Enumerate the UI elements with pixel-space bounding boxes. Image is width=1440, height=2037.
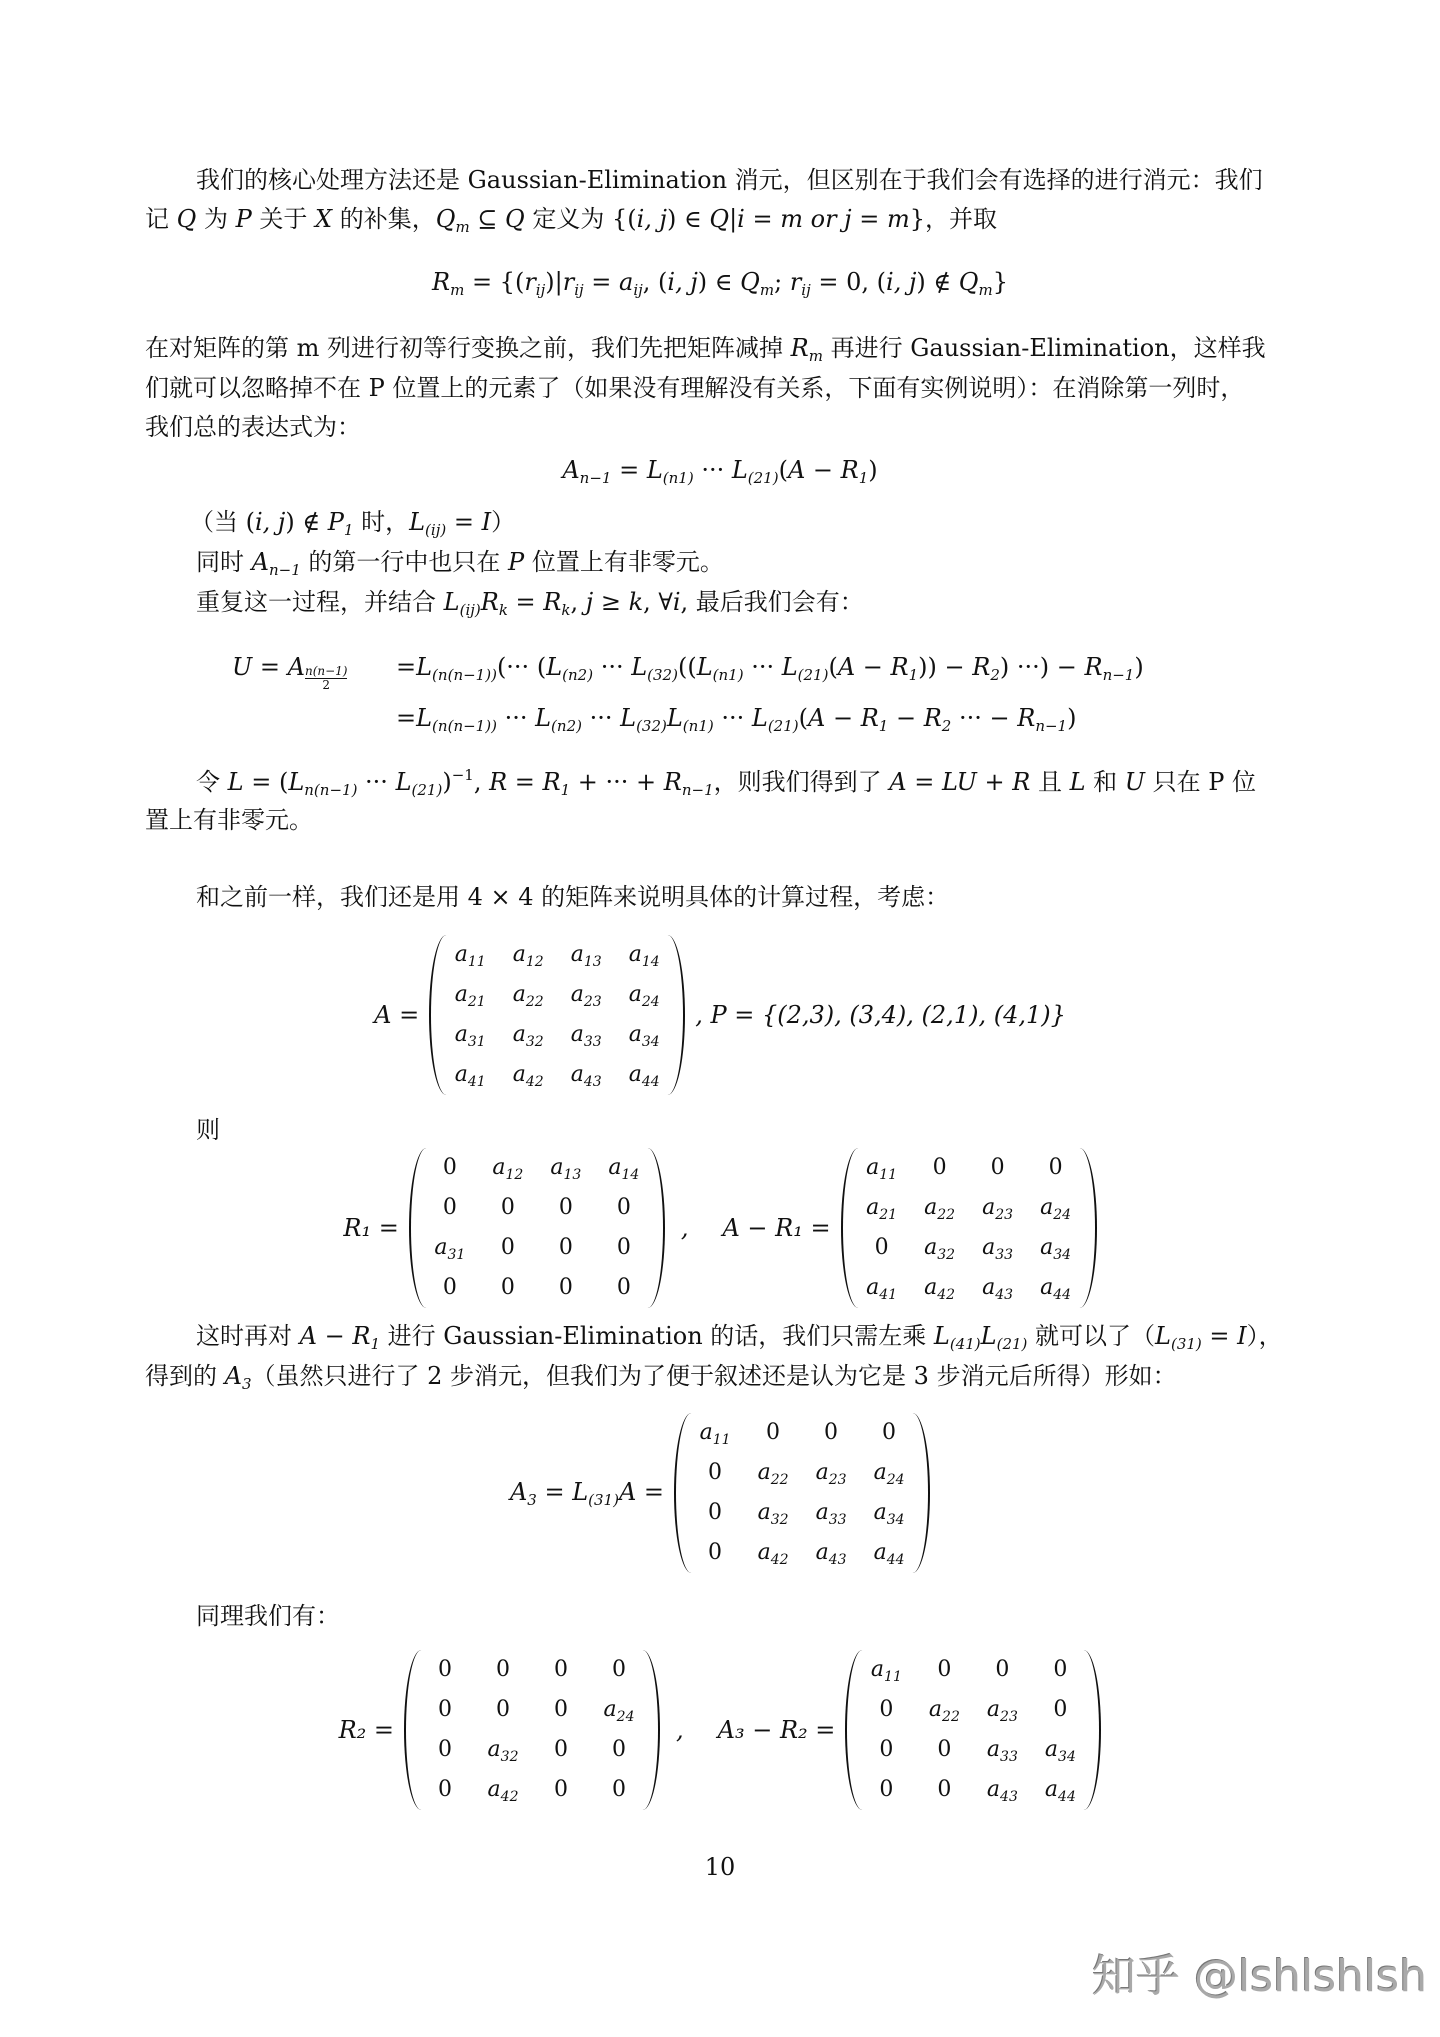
- matrix-cell: a41: [853, 1276, 911, 1300]
- page-number: 10: [0, 1855, 1440, 1879]
- matrix-cell: 0: [853, 1236, 911, 1260]
- matrix-cell: 0: [686, 1541, 744, 1565]
- matrix-cell: 0: [474, 1658, 532, 1682]
- matrix-cell: 0: [416, 1698, 474, 1722]
- matrix-cell: a34: [1031, 1738, 1089, 1762]
- matrix-cell: a34: [615, 1023, 673, 1047]
- matrix-cell: 0: [686, 1501, 744, 1525]
- matrix-cell: 0: [1031, 1658, 1089, 1682]
- matrix-cell: 0: [479, 1236, 537, 1260]
- matrix-cell: 0: [416, 1738, 474, 1762]
- matrix-cell: a44: [615, 1063, 673, 1087]
- matrix-cell: a43: [802, 1541, 860, 1565]
- matrix-cell: 0: [857, 1778, 915, 1802]
- matrix-cell: a22: [744, 1461, 802, 1485]
- matrix-cell: a31: [421, 1236, 479, 1260]
- matrix-cell: a43: [969, 1276, 1027, 1300]
- matrix-cell: a33: [557, 1023, 615, 1047]
- paragraph-5-line-1: 和之前一样，我们还是用 4 × 4 的矩阵来说明具体的计算过程，考虑：: [196, 885, 949, 909]
- matrix-cell: a32: [911, 1236, 969, 1260]
- matrix-cell: 0: [595, 1196, 653, 1220]
- matrix-cell: a41: [441, 1063, 499, 1087]
- matrix-cell: 0: [532, 1738, 590, 1762]
- matrix-cell: 0: [479, 1196, 537, 1220]
- watermark: 知乎 @lshlshlsh: [1092, 1955, 1427, 1999]
- matrix-A-label: A =: [374, 1001, 419, 1029]
- matrix-cell: 0: [590, 1658, 648, 1682]
- matrix-cell: 0: [590, 1778, 648, 1802]
- matrix-cell: a11: [857, 1658, 915, 1682]
- matrix-cell: a14: [595, 1156, 653, 1180]
- paragraph-1-line-1: 我们的核心处理方法还是 Gaussian-Elimination 消元，但区别在…: [196, 168, 1263, 192]
- matrix-cell: 0: [532, 1658, 590, 1682]
- matrix-cell: a43: [557, 1063, 615, 1087]
- matrix-A3-label: A3 = L(31)A =: [510, 1478, 664, 1509]
- matrix-cell: a24: [1027, 1196, 1085, 1220]
- matrix-cell: a42: [474, 1778, 532, 1802]
- equation-R1-and-A-minus-R1: R₁ = 0a12a13a140000a310000000 , A − R₁ =…: [0, 1143, 1440, 1313]
- paragraph-8: 同理我们有：: [196, 1604, 340, 1628]
- comma: ,: [676, 1716, 684, 1744]
- paragraph-6: 则: [196, 1118, 220, 1142]
- matrix-cell: a11: [853, 1156, 911, 1180]
- matrix-A-minus-R1: a11000a21a22a23a240a32a33a34a41a42a43a44: [841, 1148, 1097, 1308]
- matrix-cell: a23: [969, 1196, 1027, 1220]
- matrix-A3-minus-R2: a110000a22a23000a33a3400a43a44: [845, 1650, 1101, 1810]
- matrix-cell: a24: [615, 983, 673, 1007]
- matrix-cell: a24: [860, 1461, 918, 1485]
- matrix-cell: a22: [915, 1698, 973, 1722]
- matrix-cell: 0: [532, 1778, 590, 1802]
- matrix-cell: a44: [1031, 1778, 1089, 1802]
- matrix-cell: 0: [421, 1276, 479, 1300]
- paragraph-2-line-1: 在对矩阵的第 m 列进行初等行变换之前，我们先把矩阵减掉 Rm 再进行 Gaus…: [145, 336, 1266, 364]
- matrix-cell: a21: [441, 983, 499, 1007]
- matrix-cell: a23: [557, 983, 615, 1007]
- matrix-cell: 0: [1027, 1156, 1085, 1180]
- paragraph-1-line-2: 记 Q 为 P 关于 X 的补集，Qm ⊆ Q 定义为 {(i, j) ∈ Q|…: [145, 207, 997, 235]
- equation-U-row-2: =L(n(n−1)) ··· L(n2) ··· L(32)L(n1) ··· …: [396, 706, 1076, 734]
- matrix-cell: a44: [860, 1541, 918, 1565]
- matrix-cell: 0: [857, 1698, 915, 1722]
- matrix-cell: a22: [499, 983, 557, 1007]
- paragraph-4-line-2: 置上有非零元。: [145, 808, 313, 832]
- matrix-cell: a14: [615, 943, 673, 967]
- matrix-cell: a32: [744, 1501, 802, 1525]
- matrix-cell: 0: [915, 1658, 973, 1682]
- paragraph-7-line-2: 得到的 A3（虽然只进行了 2 步消元，但我们为了便于叙述还是认为它是 3 步消…: [145, 1364, 1177, 1392]
- paragraph-3-line-2: 同时 An−1 的第一行中也只在 P 位置上有非零元。: [196, 550, 724, 578]
- set-P: , P = {(2,3), (3,4), (2,1), (4,1)}: [695, 1001, 1066, 1029]
- matrix-cell: a34: [860, 1501, 918, 1525]
- equation-R2-and-A3-minus-R2: R₂ = 0000000a240a32000a4200 , A₃ − R₂ = …: [0, 1645, 1440, 1815]
- paragraph-2-line-2: 们就可以忽略掉不在 P 位置上的元素了（如果没有理解没有关系，下面有实例说明）：…: [145, 376, 1244, 400]
- matrix-cell: 0: [416, 1658, 474, 1682]
- matrix-R1-label: R₁ =: [343, 1214, 398, 1242]
- matrix-A: a11a12a13a14a21a22a23a24a31a32a33a34a41a…: [429, 935, 685, 1095]
- paragraph-2-line-3: 我们总的表达式为：: [145, 415, 361, 439]
- matrix-cell: a43: [973, 1778, 1031, 1802]
- matrix-cell: 0: [479, 1276, 537, 1300]
- matrix-cell: a44: [1027, 1276, 1085, 1300]
- equation-An-1: An−1 = L(n1) ··· L(21)(A − R1): [0, 458, 1440, 486]
- matrix-cell: 0: [915, 1738, 973, 1762]
- matrix-cell: 0: [537, 1276, 595, 1300]
- matrix-cell: 0: [911, 1156, 969, 1180]
- matrix-cell: 0: [537, 1196, 595, 1220]
- matrix-R2: 0000000a240a32000a4200: [404, 1650, 660, 1810]
- matrix-cell: a23: [802, 1461, 860, 1485]
- matrix-cell: 0: [421, 1196, 479, 1220]
- matrix-cell: a13: [557, 943, 615, 967]
- matrix-cell: 0: [532, 1698, 590, 1722]
- equation-U-row-1: =L(n(n−1))(··· (L(n2) ··· L(32)((L(n1) ·…: [396, 655, 1144, 683]
- matrix-cell: a33: [973, 1738, 1031, 1762]
- paragraph-3-line-1: （当 (i, j) ∉ P1 时，L(ij) = I）: [190, 510, 515, 538]
- matrix-A3: a110000a22a23a240a32a33a340a42a43a44: [674, 1413, 930, 1573]
- matrix-cell: 0: [595, 1276, 653, 1300]
- matrix-cell: a12: [499, 943, 557, 967]
- comma: ,: [681, 1214, 689, 1242]
- matrix-cell: a33: [802, 1501, 860, 1525]
- matrix-cell: a23: [973, 1698, 1031, 1722]
- matrix-cell: a22: [911, 1196, 969, 1220]
- matrix-cell: a21: [853, 1196, 911, 1220]
- matrix-cell: 0: [744, 1421, 802, 1445]
- matrix-cell: a13: [537, 1156, 595, 1180]
- equation-U-lhs: U = An(n−1)2: [232, 655, 347, 692]
- equation-A3: A3 = L(31)A = a110000a22a23a240a32a33a34…: [0, 1408, 1440, 1578]
- matrix-cell: 0: [686, 1461, 744, 1485]
- matrix-R1: 0a12a13a140000a310000000: [409, 1148, 665, 1308]
- matrix-cell: 0: [973, 1658, 1031, 1682]
- matrix-cell: a11: [441, 943, 499, 967]
- matrix-cell: 0: [802, 1421, 860, 1445]
- matrix-cell: a32: [474, 1738, 532, 1762]
- matrix-cell: a34: [1027, 1236, 1085, 1260]
- paragraph-3-line-3: 重复这一过程，并结合 L(ij)Rk = Rk, j ≥ k, ∀i, 最后我们…: [196, 590, 864, 618]
- paragraph-7-line-1: 这时再对 A − R1 进行 Gaussian-Elimination 的话，我…: [196, 1324, 1283, 1352]
- matrix-cell: 0: [915, 1778, 973, 1802]
- matrix-A-minus-R1-label: A − R₁ =: [722, 1214, 830, 1242]
- matrix-cell: a31: [441, 1023, 499, 1047]
- matrix-cell: a42: [911, 1276, 969, 1300]
- matrix-cell: 0: [1031, 1698, 1089, 1722]
- matrix-cell: a32: [499, 1023, 557, 1047]
- matrix-cell: 0: [416, 1778, 474, 1802]
- matrix-cell: 0: [537, 1236, 595, 1260]
- matrix-cell: a42: [499, 1063, 557, 1087]
- matrix-cell: 0: [857, 1738, 915, 1762]
- paragraph-4-line-1: 令 L = (Ln(n−1) ··· L(21))−1, R = R1 + ··…: [196, 768, 1256, 798]
- matrix-R2-label: R₂ =: [339, 1716, 394, 1744]
- matrix-cell: 0: [474, 1698, 532, 1722]
- matrix-cell: 0: [590, 1738, 648, 1762]
- matrix-cell: 0: [969, 1156, 1027, 1180]
- matrix-cell: a12: [479, 1156, 537, 1180]
- matrix-A3-minus-R2-label: A₃ − R₂ =: [718, 1716, 836, 1744]
- matrix-cell: 0: [421, 1156, 479, 1180]
- matrix-cell: a42: [744, 1541, 802, 1565]
- matrix-cell: a24: [590, 1698, 648, 1722]
- equation-Rm: Rm = {(rij)|rij = aij, (i, j) ∈ Qm; rij …: [0, 270, 1440, 298]
- matrix-cell: 0: [860, 1421, 918, 1445]
- matrix-cell: a33: [969, 1236, 1027, 1260]
- matrix-cell: 0: [595, 1236, 653, 1260]
- equation-matrix-A: A = a11a12a13a14a21a22a23a24a31a32a33a34…: [0, 930, 1440, 1100]
- matrix-cell: a11: [686, 1421, 744, 1445]
